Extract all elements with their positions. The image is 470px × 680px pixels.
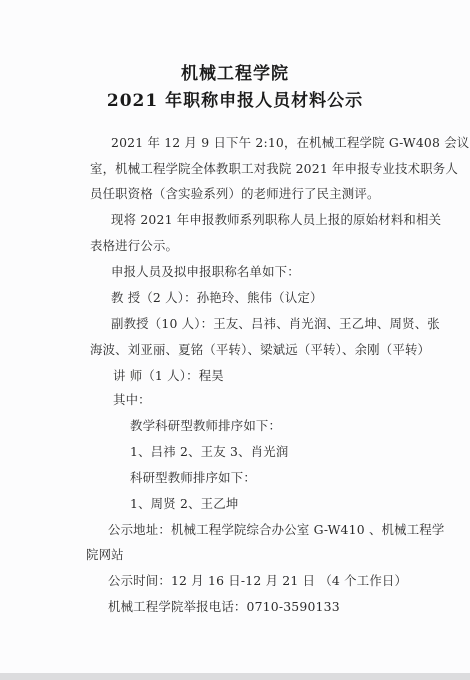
paragraph2-line1: 现将 2021 年申报教师系列职称人员上报的原始材料和相关: [111, 210, 441, 228]
scan-bottom-edge: [0, 673, 470, 680]
professor-line: 教 授（2 人）：孙艳玲、熊伟（认定）: [111, 288, 323, 306]
publicity-period: 公示时间：12 月 16 日-12 月 21 日 （4 个工作日）: [108, 571, 407, 589]
research-heading: 科研型教师排序如下：: [130, 468, 256, 486]
research-ranking: 1、周贤 2、王乙坤: [130, 494, 238, 512]
list-intro: 申报人员及拟申报职称名单如下：: [111, 262, 300, 280]
report-hotline: 机械工程学院举报电话：0710-3590133: [108, 597, 340, 615]
document-title-school: 机械工程学院: [0, 59, 470, 84]
document-title-notice: 2021 年职称申报人员材料公示: [0, 86, 470, 111]
associate-professor-line2: 海波、刘亚丽、夏铭（平转）、梁斌远（平转）、余刚（平转）: [90, 340, 430, 358]
teaching-research-ranking: 1、吕祎 2、王友 3、肖光润: [130, 442, 288, 460]
teaching-research-heading: 教学科研型教师排序如下：: [130, 416, 281, 434]
paragraph1-line1: 2021 年 12 月 9 日下午 2:10，在机械工程学院 G-W408 会议: [111, 133, 469, 151]
address-line2: 院网站: [86, 545, 124, 563]
among-them-label: 其中：: [113, 390, 151, 408]
lecturer-line: 讲 师（1 人）：程昊: [113, 366, 224, 384]
paragraph1-line3: 员任职资格（含实验系列）的老师进行了民主测评。: [90, 184, 380, 202]
address-line1: 公示地址：机械工程学院综合办公室 G-W410 、机械工程学: [108, 520, 445, 538]
associate-professor-line1: 副教授（10 人）：王友、吕祎、肖光润、王乙坤、周贤、张: [111, 314, 440, 332]
paragraph1-line2: 室，机械工程学院全体教职工对我院 2021 年申报专业技术职务人: [90, 159, 458, 177]
document-page: 机械工程学院 2021 年职称申报人员材料公示 2021 年 12 月 9 日下…: [0, 0, 470, 673]
paragraph2-line2: 表格进行公示。: [90, 236, 178, 254]
